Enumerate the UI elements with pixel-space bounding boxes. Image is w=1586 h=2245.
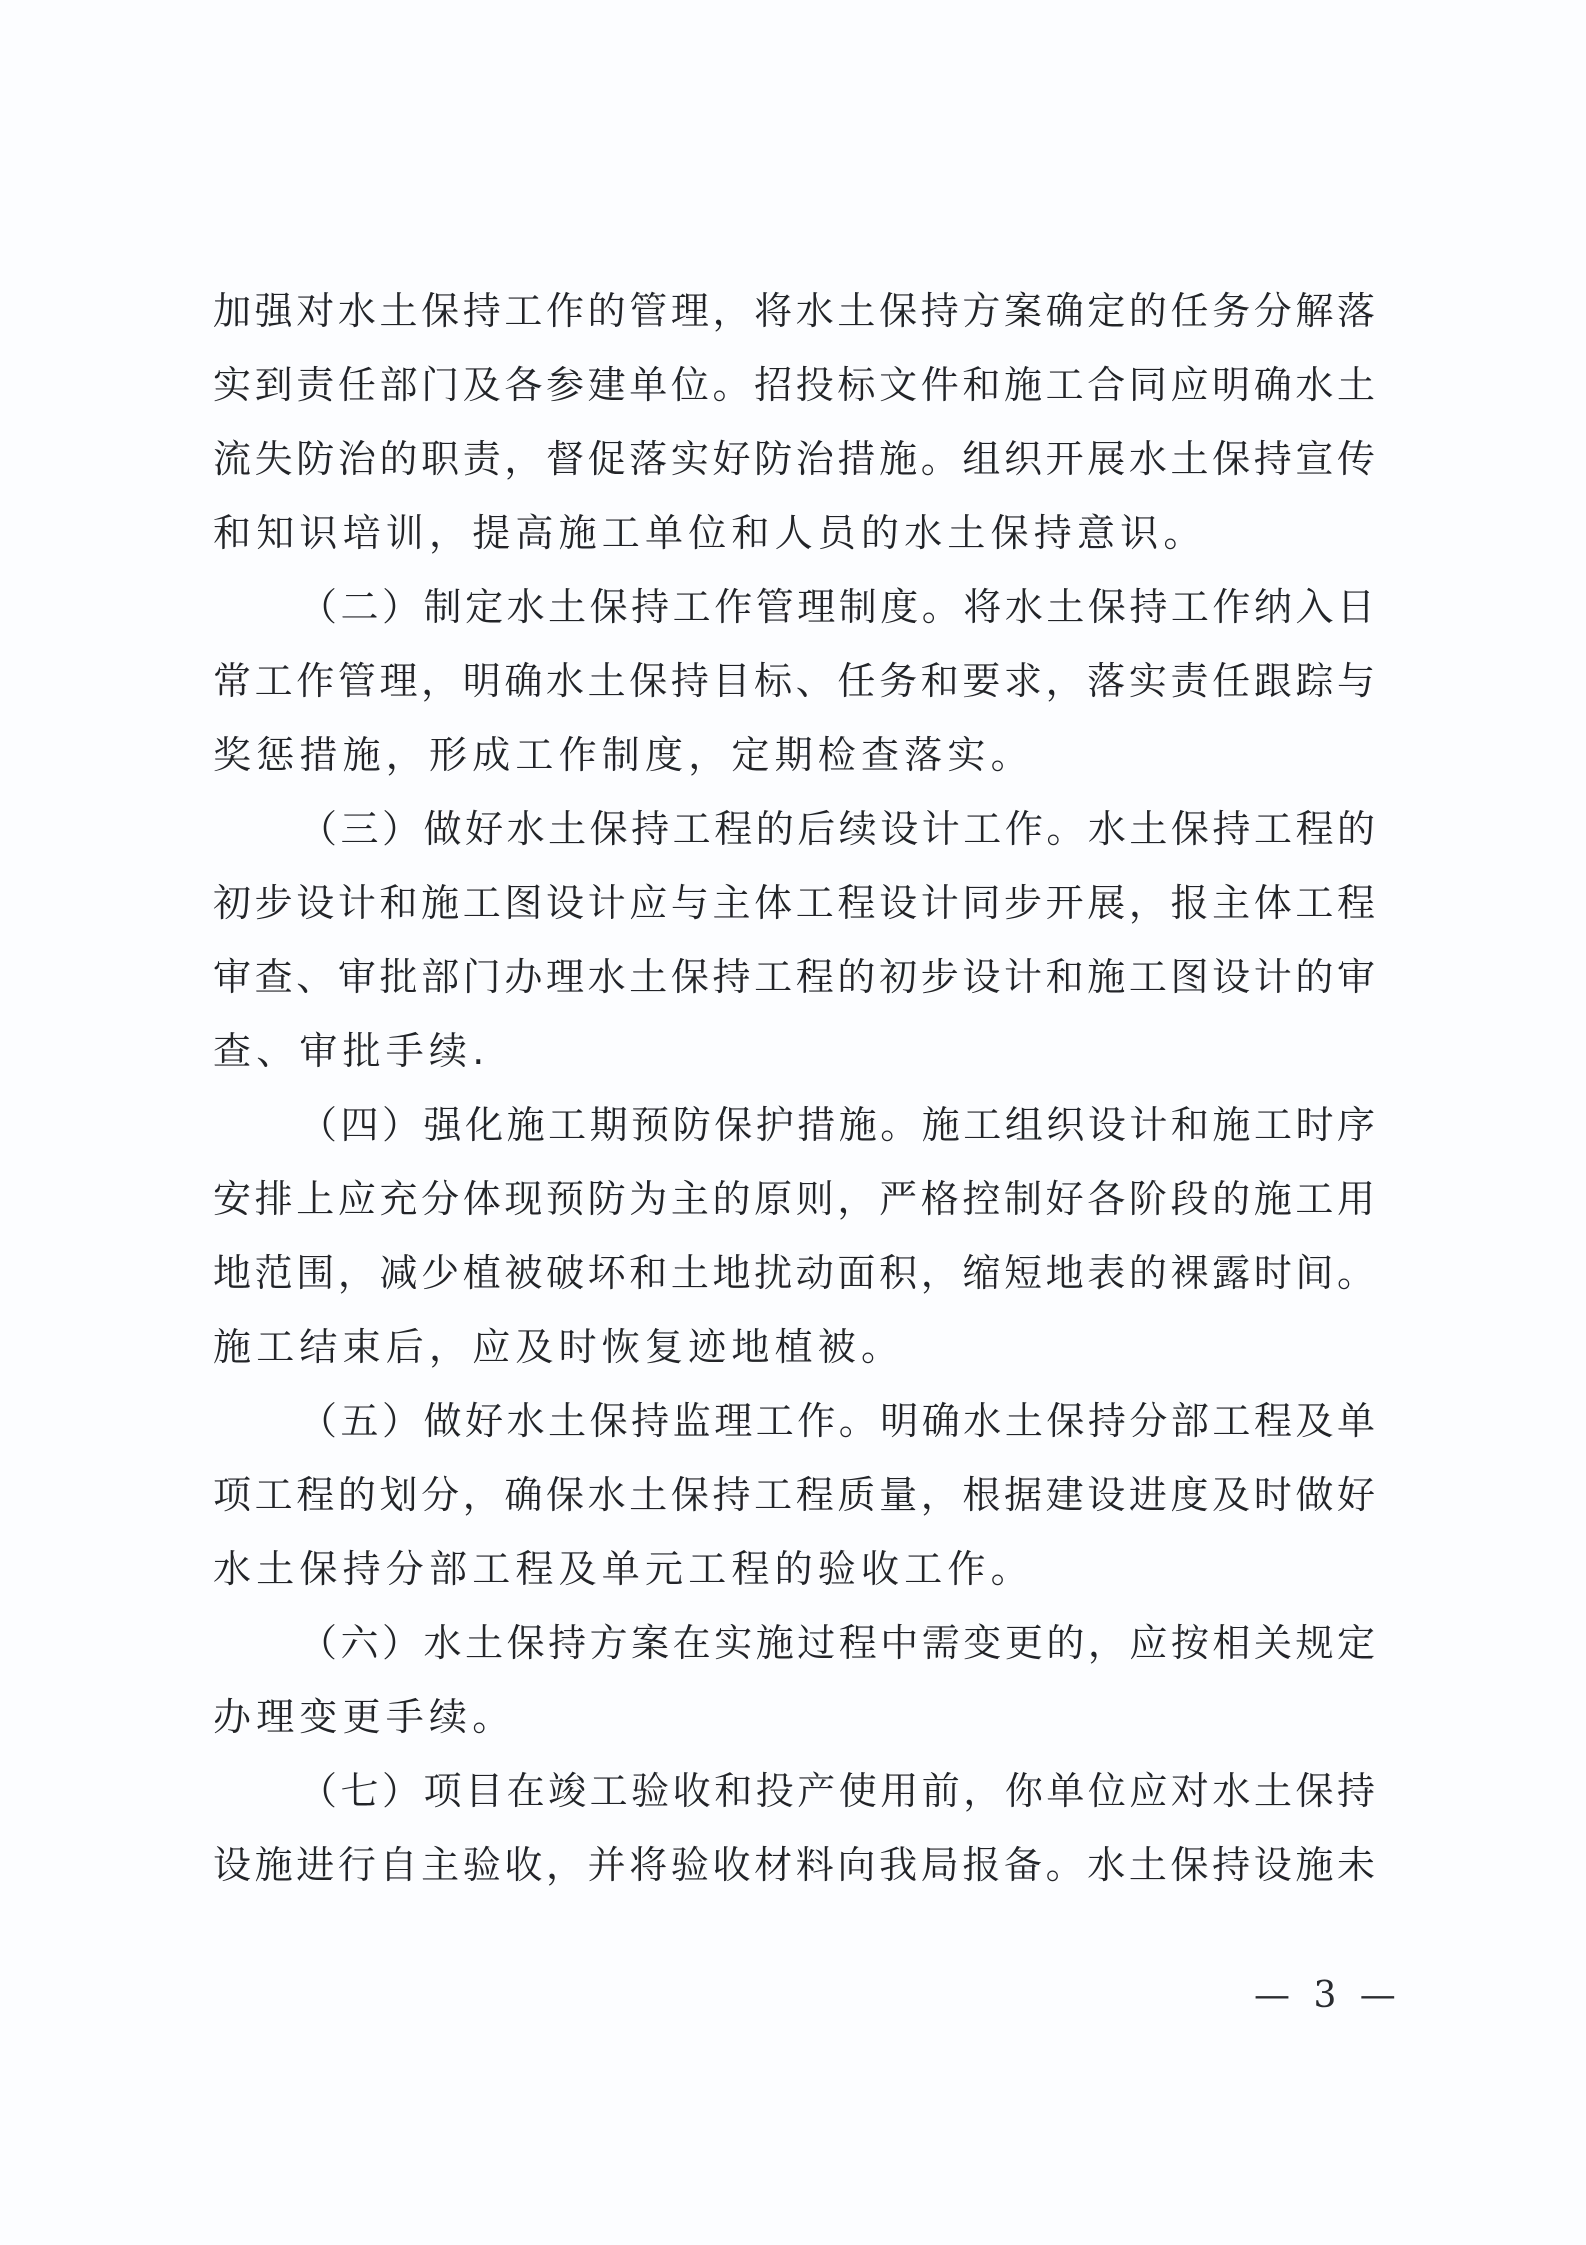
text-line: 流失防治的职责，督促落实好防治措施。组织开展水土保持宣传	[213, 429, 1375, 503]
document-page: 加强对水土保持工作的管理，将水土保持方案确定的任务分解落 实到责任部门及各参建单…	[0, 0, 1586, 2245]
document-body: 加强对水土保持工作的管理，将水土保持方案确定的任务分解落 实到责任部门及各参建单…	[213, 281, 1375, 1909]
text-line: 办理变更手续。	[213, 1687, 1375, 1761]
section-heading-line: （三）做好水土保持工程的后续设计工作。水土保持工程的	[213, 799, 1375, 873]
text-line: 奖惩措施，形成工作制度，定期检查落实。	[213, 725, 1375, 799]
page-number: — 3 —	[1254, 1975, 1402, 2016]
text-line: 实到责任部门及各参建单位。招投标文件和施工合同应明确水土	[213, 355, 1375, 429]
section-heading-line: （四）强化施工期预防保护措施。施工组织设计和施工时序	[213, 1095, 1375, 1169]
text-line: 水土保持分部工程及单元工程的验收工作。	[213, 1539, 1375, 1613]
text-line: 和知识培训，提高施工单位和人员的水土保持意识。	[213, 503, 1375, 577]
text-line: 项工程的划分，确保水土保持工程质量，根据建设进度及时做好	[213, 1465, 1375, 1539]
text-line: 审查、审批部门办理水土保持工程的初步设计和施工图设计的审	[213, 947, 1375, 1021]
text-line: 安排上应充分体现预防为主的原则，严格控制好各阶段的施工用	[213, 1169, 1375, 1243]
text-line: 查、审批手续.	[213, 1021, 1375, 1095]
section-heading-line: （五）做好水土保持监理工作。明确水土保持分部工程及单	[213, 1391, 1375, 1465]
text-line: 加强对水土保持工作的管理，将水土保持方案确定的任务分解落	[213, 281, 1375, 355]
section-heading-line: （二）制定水土保持工作管理制度。将水土保持工作纳入日	[213, 577, 1375, 651]
text-line: 初步设计和施工图设计应与主体工程设计同步开展，报主体工程	[213, 873, 1375, 947]
section-heading-line: （六）水土保持方案在实施过程中需变更的，应按相关规定	[213, 1613, 1375, 1687]
text-line: 设施进行自主验收，并将验收材料向我局报备。水土保持设施未	[213, 1835, 1375, 1909]
section-heading-line: （七）项目在竣工验收和投产使用前，你单位应对水土保持	[213, 1761, 1375, 1835]
text-line: 地范围，减少植被破坏和土地扰动面积，缩短地表的裸露时间。	[213, 1243, 1375, 1317]
text-line: 施工结束后，应及时恢复迹地植被。	[213, 1317, 1375, 1391]
text-line: 常工作管理，明确水土保持目标、任务和要求，落实责任跟踪与	[213, 651, 1375, 725]
